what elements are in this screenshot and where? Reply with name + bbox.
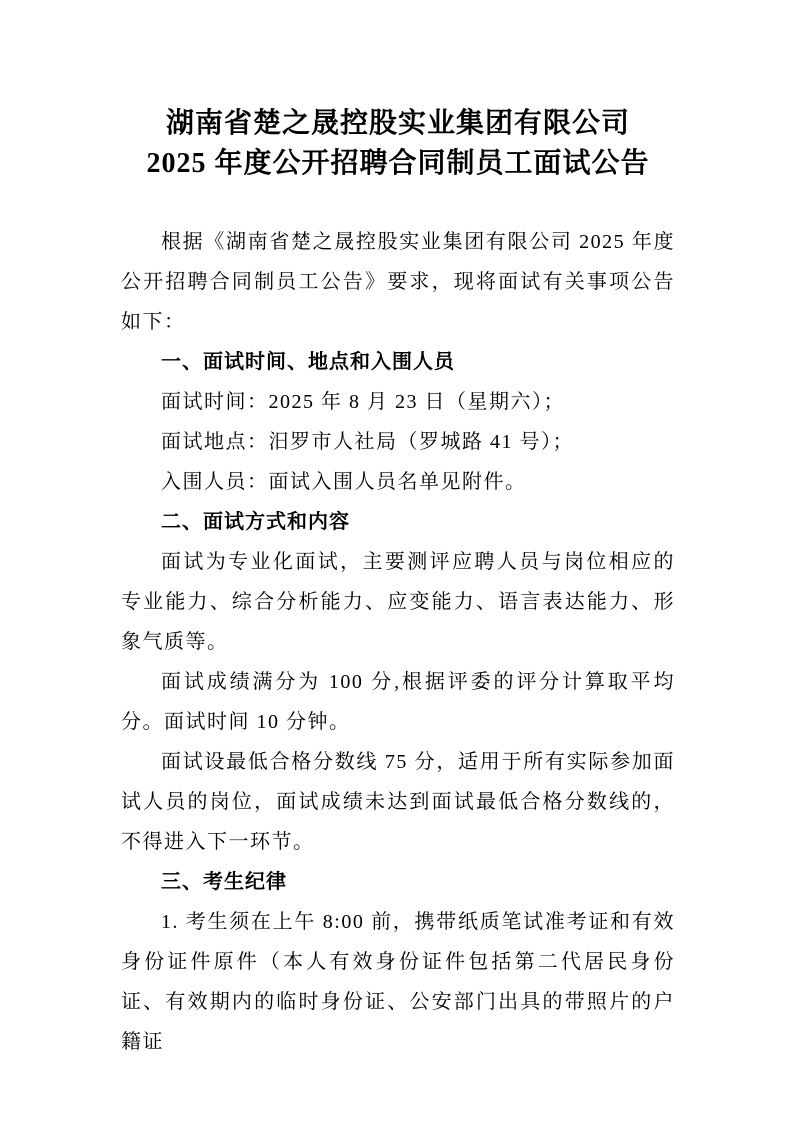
interview-location-line: 面试地点：汨罗市人社局（罗城路 41 号）；	[121, 422, 675, 462]
section-2-heading: 二、面试方式和内容	[121, 502, 675, 542]
interview-time-line: 面试时间：2025 年 8 月 23 日（星期六）；	[121, 382, 675, 422]
passing-score-paragraph: 面试设最低合格分数线 75 分，适用于所有实际参加面试人员的岗位，面试成绩未达到…	[121, 742, 675, 862]
document-page: 湖南省楚之晟控股实业集团有限公司 2025 年度公开招聘合同制员工面试公告 根据…	[0, 0, 793, 1122]
document-title-line-1: 湖南省楚之晟控股实业集团有限公司	[166, 108, 630, 139]
section-1-heading: 一、面试时间、地点和入围人员	[121, 342, 675, 382]
shortlisted-candidates-line: 入围人员：面试入围人员名单见附件。	[121, 462, 675, 502]
interview-format-paragraph: 面试为专业化面试，主要测评应聘人员与岗位相应的专业能力、综合分析能力、应变能力、…	[121, 542, 675, 662]
document-title-line-2: 2025 年度公开招聘合同制员工面试公告	[146, 148, 649, 179]
document-title: 湖南省楚之晟控股实业集团有限公司 2025 年度公开招聘合同制员工面试公告	[121, 104, 675, 184]
interview-score-paragraph: 面试成绩满分为 100 分,根据评委的评分计算取平均分。面试时间 10 分钟。	[121, 662, 675, 742]
candidate-discipline-paragraph: 1. 考生须在上午 8:00 前，携带纸质笔试准考证和有效身份证件原件（本人有效…	[121, 902, 675, 1062]
intro-paragraph: 根据《湖南省楚之晟控股实业集团有限公司 2025 年度公开招聘合同制员工公告》要…	[121, 222, 675, 342]
section-3-heading: 三、考生纪律	[121, 862, 675, 902]
